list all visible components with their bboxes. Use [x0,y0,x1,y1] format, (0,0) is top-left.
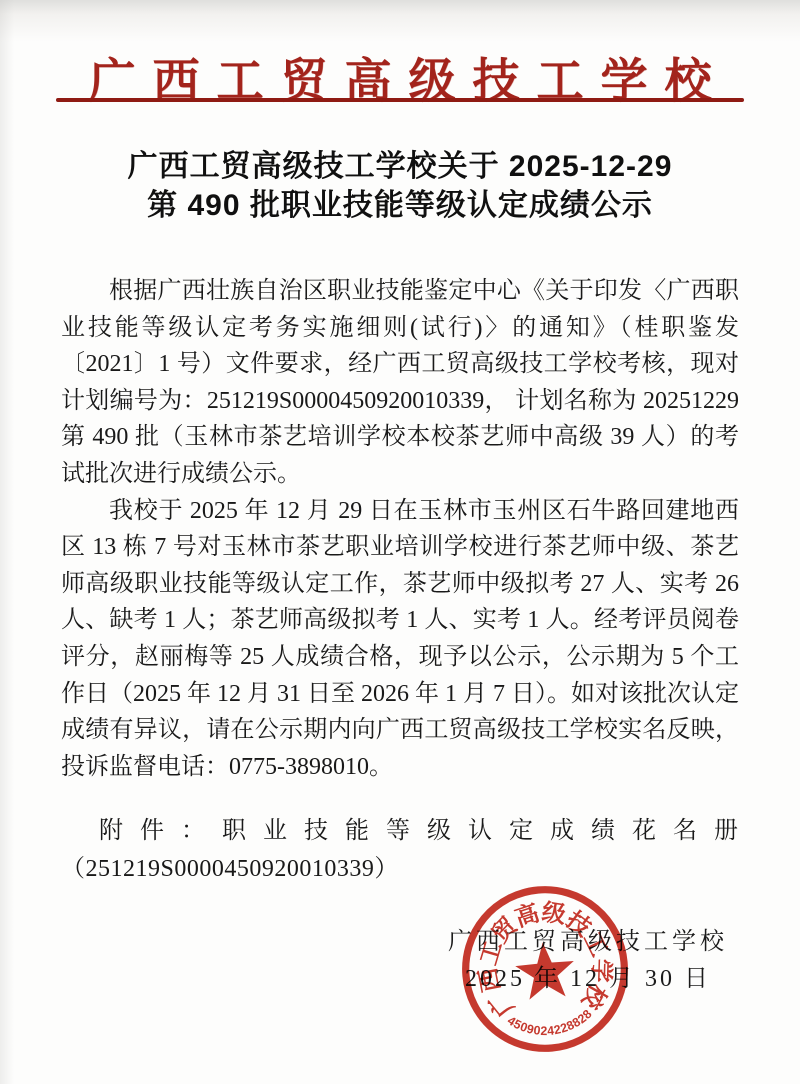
document-title-line2: 第 490 批职业技能等级认定成绩公示 [0,186,800,225]
seal-serial-number: 4509024228828 [504,1005,597,1041]
masthead-divider-line [56,98,744,102]
body-paragraph-2: 我校于 2025 年 12 月 29 日在玉林市玉州区石牛路回建地西区 13 栋… [61,493,739,786]
attachment-plan-number: （251219S0000450920010339） [61,850,739,888]
attachment-title: 附件：职业技能等级认定成绩花名册 [61,812,739,850]
document-page: 广西工贸高级技工学校 广西工贸高级技工学校关于 2025-12-29 第 490… [0,0,800,1084]
attachment-section: 附件：职业技能等级认定成绩花名册 （251219S000045092001033… [61,812,739,888]
document-title-line1: 广西工贸高级技工学校关于 2025-12-29 [0,147,800,186]
body-paragraph-1: 根据广西壮族自治区职业技能鉴定中心《关于印发〈广西职业技能等级认定考务实施细则(… [61,273,739,493]
signature-issuer-name: 广西工贸高级技工学校 [448,924,728,961]
document-body: 根据广西壮族自治区职业技能鉴定中心《关于印发〈广西职业技能等级认定考务实施细则(… [61,273,739,785]
document-title: 广西工贸高级技工学校关于 2025-12-29 第 490 批职业技能等级认定成… [0,147,800,225]
seal-serial-container: 4509024228828 [504,1005,597,1041]
signature-block: 广西工贸高级技工学校 2025 年 12 月 30 日 [448,924,728,998]
signature-date: 2025 年 12 月 30 日 [448,961,728,998]
